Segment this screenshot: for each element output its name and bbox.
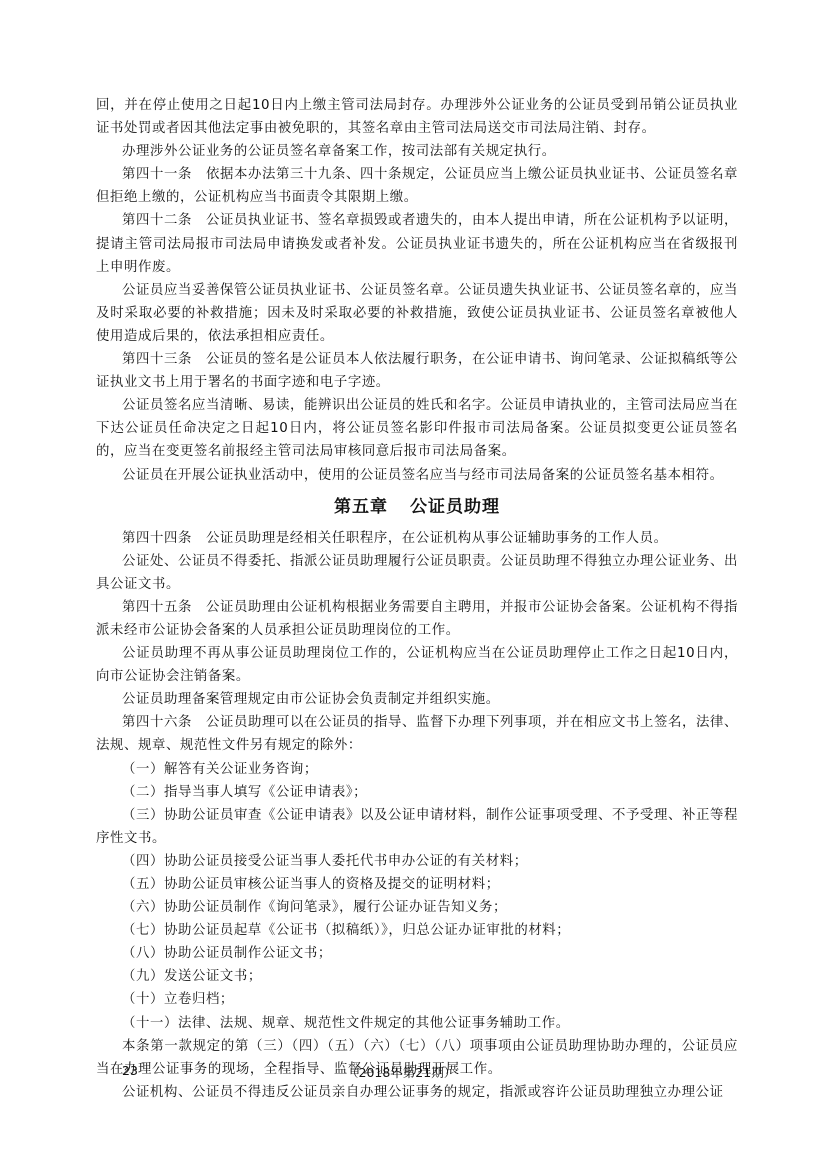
list-item: （九）发送公证文书；: [96, 965, 738, 988]
paragraph: 公证处、公证员不得委托、指派公证员助理履行公证员职责。公证员助理不得独立办理公证…: [96, 550, 738, 596]
list-item: （三）协助公证员审查《公证申请表》以及公证申请材料，制作公证事项受理、不予受理、…: [96, 804, 738, 850]
paragraph: 公证员在开展公证执业活动中，使用的公证员签名应当与经市司法局备案的公证员签名基本…: [96, 464, 738, 487]
list-item: （七）协助公证员起草《公证书（拟稿纸）》，归总公证办证审批的材料；: [96, 919, 738, 942]
list-item: （十）立卷归档；: [96, 988, 738, 1011]
list-item: （十一）法律、法规、规章、规范性文件规定的其他公证事务辅助工作。: [96, 1012, 738, 1035]
chapter-heading: 第五章公证员助理: [96, 493, 738, 521]
list-item: （二）指导当事人填写《公证申请表》；: [96, 781, 738, 804]
article-46: 第四十六条 公证员助理可以在公证员的指导、监督下办理下列事项，并在相应文书上签名…: [96, 711, 738, 757]
paragraph: 办理涉外公证业务的公证员签名章备案工作，按司法部有关规定执行。: [96, 140, 738, 163]
paragraph: 公证员应当妥善保管公证员执业证书、公证员签名章。公证员遗失执业证书、公证员签名章…: [96, 279, 738, 348]
page-number: 23: [122, 1063, 138, 1078]
paragraph: 公证员助理备案管理规定由市公证协会负责制定并组织实施。: [96, 688, 738, 711]
list-item: （五）协助公证员审核公证当事人的资格及提交的证明材料；: [96, 873, 738, 896]
document-body: 回，并在停止使用之日起10日内上缴主管司法局封存。办理涉外公证业务的公证员受到吊…: [96, 94, 738, 1104]
paragraph: 公证员签名应当清晰、易读，能辨识出公证员的姓氏和名字。公证员申请执业的，主管司法…: [96, 394, 738, 463]
article-42: 第四十二条 公证员执业证书、签名章损毁或者遗失的，由本人提出申请，所在公证机构予…: [96, 209, 738, 278]
list-item: （八）协助公证员制作公证文书；: [96, 942, 738, 965]
paragraph: 公证员助理不再从事公证员助理岗位工作的，公证机构应当在公证员助理停止工作之日起1…: [96, 642, 738, 688]
list-item: （四）协助公证员接受公证当事人委托代书申办公证的有关材料；: [96, 850, 738, 873]
article-44: 第四十四条 公证员助理是经相关任职程序，在公证机构从事公证辅助事务的工作人员。: [96, 527, 738, 550]
list-item: （六）协助公证员制作《询问笔录》，履行公证办证告知义务；: [96, 896, 738, 919]
issue-label: （2018年第21期）: [346, 1063, 456, 1081]
article-45: 第四十五条 公证员助理由公证机构根据业务需要自主聘用，并报市公证协会备案。公证机…: [96, 596, 738, 642]
list-item: （一）解答有关公证业务咨询；: [96, 758, 738, 781]
chapter-title: 公证员助理: [410, 497, 500, 517]
page-footer: 23 （2018年第21期）: [0, 1063, 827, 1085]
paragraph: 回，并在停止使用之日起10日内上缴主管司法局封存。办理涉外公证业务的公证员受到吊…: [96, 94, 738, 140]
article-41: 第四十一条 依据本办法第三十九条、四十条规定，公证员应当上缴公证员执业证书、公证…: [96, 163, 738, 209]
chapter-number: 第五章: [334, 497, 388, 517]
article-43: 第四十三条 公证员的签名是公证员本人依法履行职务，在公证申请书、询问笔录、公证拟…: [96, 348, 738, 394]
